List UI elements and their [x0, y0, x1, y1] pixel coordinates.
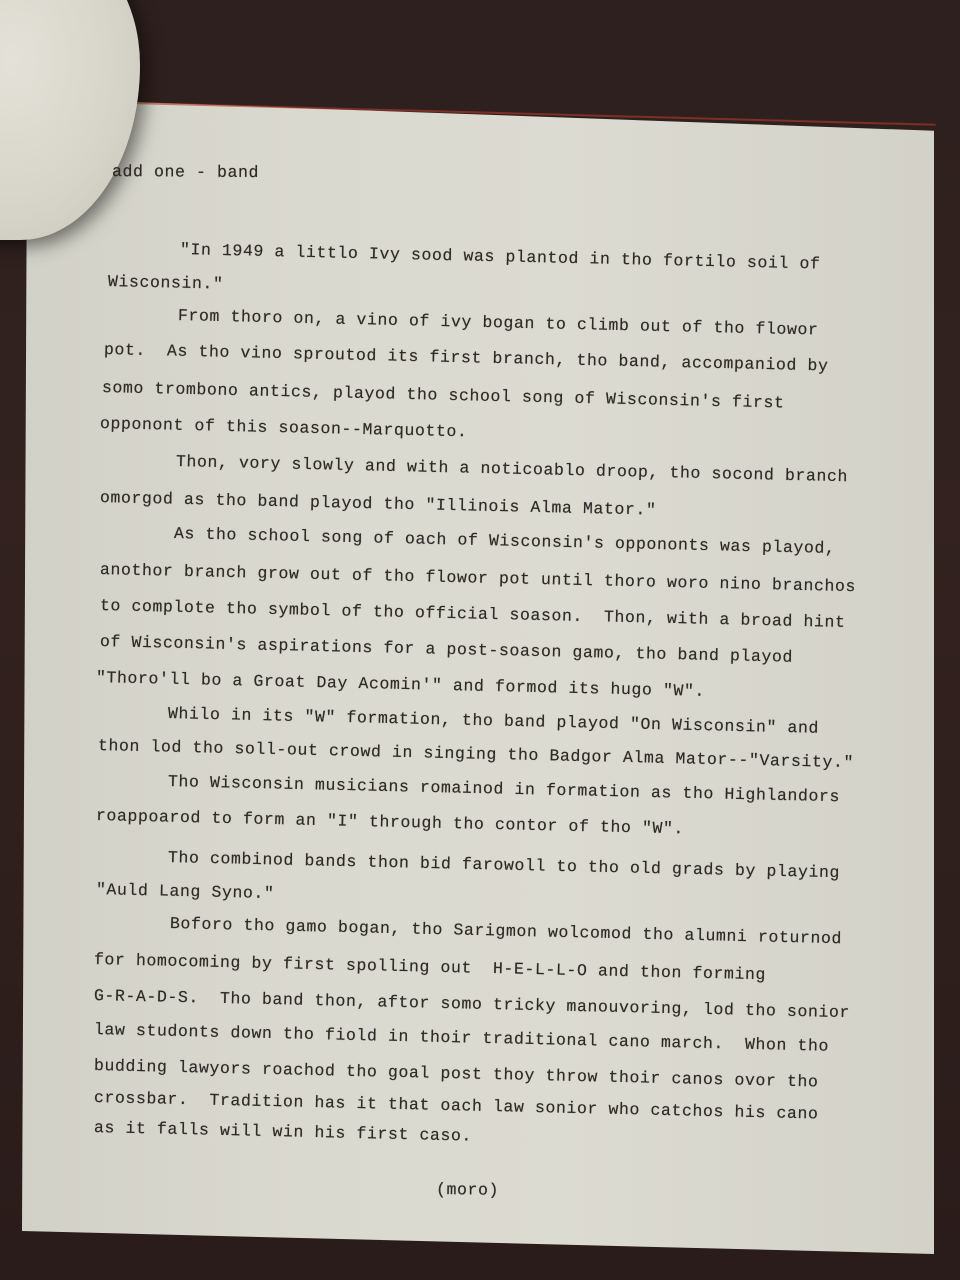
paragraph-4-line-2: anothor branch grow out of tho flowor po…: [100, 560, 856, 596]
paragraph-7-line-1: Tho combinod bands thon bid farowoll to …: [168, 848, 840, 882]
paragraph-5-line-2: thon lod tho soll-out crowd in singing t…: [98, 736, 854, 772]
paragraph-2-line-3: somo trombono antics, playod tho school …: [102, 378, 785, 412]
paragraph-8-line-5: budding lawyors roachod tho goal post th…: [94, 1056, 819, 1091]
paragraph-8-line-7: as it falls will win his first caso.: [94, 1118, 472, 1146]
paragraph-7-line-2: "Auld Lang Syno.": [96, 880, 275, 903]
paragraph-4-line-3: to complote tho symbol of tho official s…: [100, 596, 846, 632]
paragraph-4-line-1: As tho school song of oach of Wisconsin'…: [174, 524, 836, 558]
paragraph-8-line-4: law studonts down tho fiold in thoir tra…: [94, 1020, 829, 1056]
paragraph-4-line-5: "Thoro'll bo a Groat Day Acomin'" and fo…: [96, 668, 705, 701]
paragraph-8-line-3: G-R-A-D-S. Tho band thon, aftor somo tri…: [94, 986, 850, 1022]
page-header: add one - band: [112, 162, 259, 182]
paragraph-5-line-1: Whilo in its "W" formation, tho band pla…: [168, 704, 819, 738]
paragraph-2-line-2: pot. As tho vino sproutod its first bran…: [104, 340, 829, 375]
paragraph-6-line-2: roappoarod to form an "I" through tho co…: [96, 806, 684, 838]
page-footer-more: (moro): [436, 1180, 499, 1200]
paragraph-8-line-1: Boforo tho gamo bogan, tho Sarigmon wolc…: [170, 914, 842, 948]
paragraph-3-line-1: Thon, vory slowly and with a noticoablo …: [176, 452, 848, 486]
paragraph-2-line-1: From thoro on, a vino of ivy bogan to cl…: [178, 306, 819, 340]
paragraph-8-line-6: crossbar. Tradition has it that oach law…: [94, 1088, 819, 1123]
paragraph-3-line-2: omorgod as tho band playod tho "Illinois…: [100, 488, 657, 520]
paragraph-1-line-1: "In 1949 a littlo Ivy sood was plantod i…: [180, 240, 821, 274]
paragraph-6-line-1: Tho Wisconsin musicians romainod in form…: [168, 772, 840, 806]
page-text: add one - band "In 1949 a littlo Ivy soo…: [0, 0, 960, 1280]
paragraph-8-line-2: for homocoming by first spolling out H-E…: [94, 950, 766, 984]
paragraph-2-line-4: opponont of this soason--Marquotto.: [100, 414, 468, 441]
paragraph-4-line-4: of Wisconsin's aspirations for a post-so…: [100, 632, 793, 667]
paragraph-1-line-2: Wisconsin.": [108, 272, 224, 294]
